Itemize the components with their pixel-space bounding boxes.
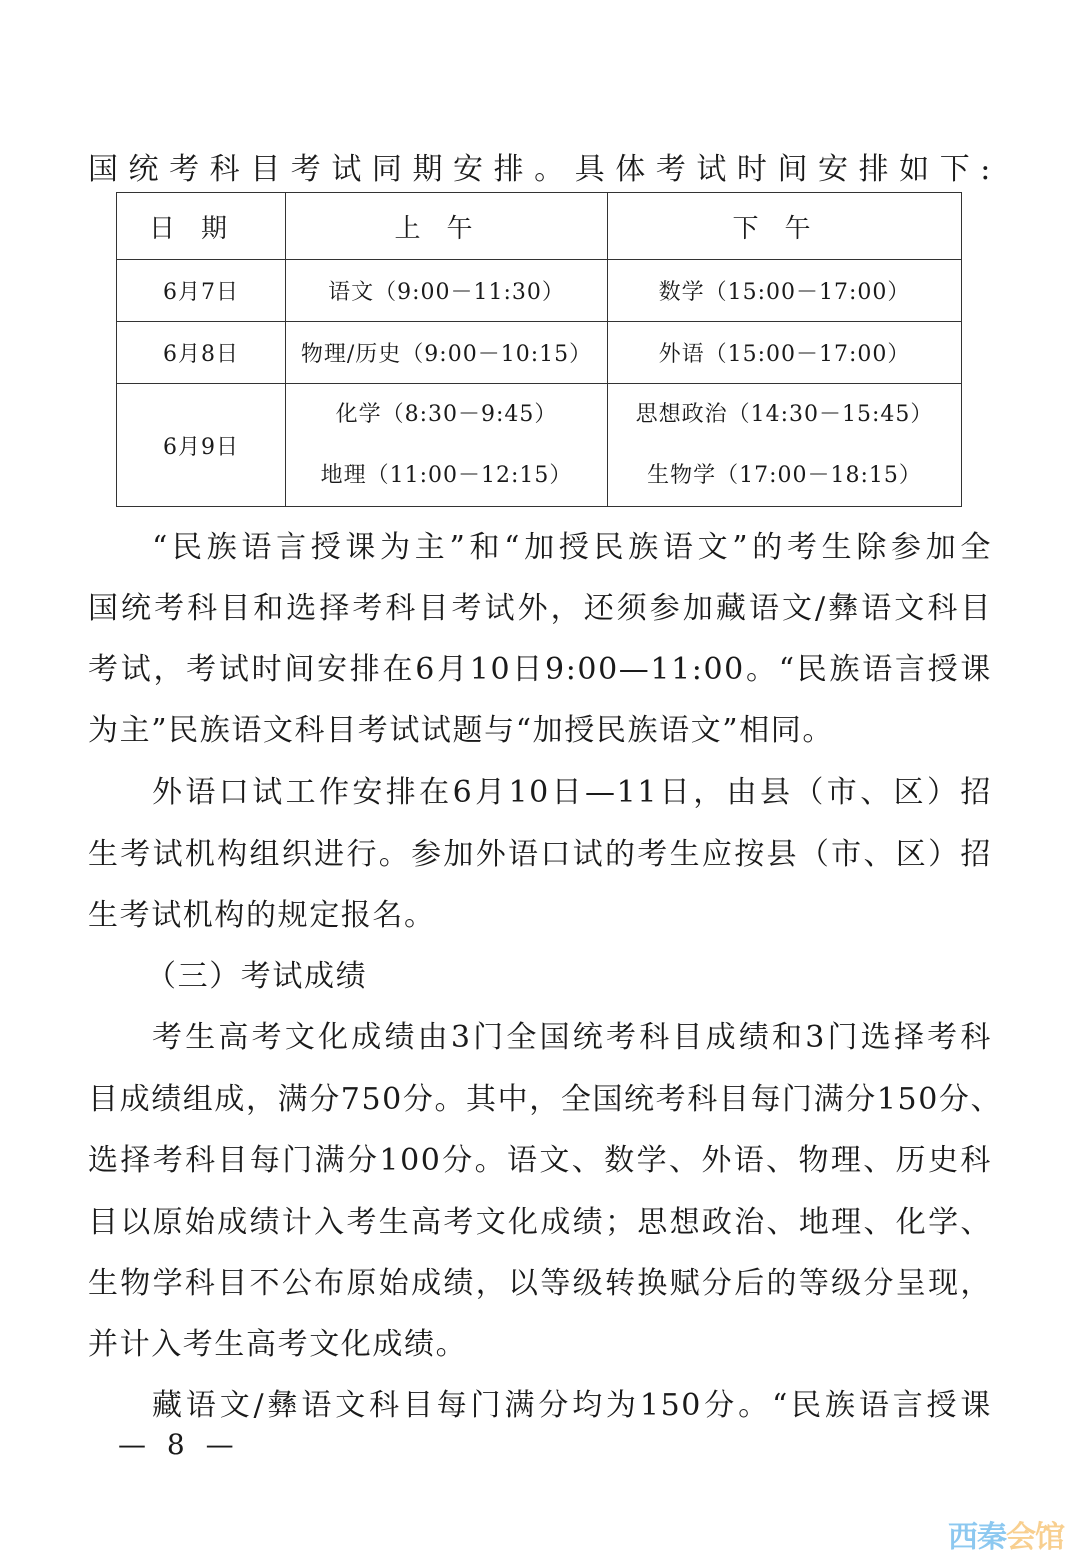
date-cell: 6月8日	[117, 322, 286, 384]
paragraph-line: “民族语言授课为主”和“加授民族语文”的考生除参加全	[152, 528, 992, 568]
morning-exam-1: 化学（8:30－9:45）	[286, 384, 607, 445]
morning-cell: 物理/历史（9:00－10:15）	[286, 322, 608, 384]
watermark-part-2: 会馆	[1006, 1520, 1064, 1555]
paragraph-line: 并计入考生高考文化成绩。	[88, 1325, 992, 1365]
table-row: 6月8日 物理/历史（9:00－10:15） 外语（15:00－17:00）	[117, 322, 962, 384]
header-morning: 上午	[286, 193, 608, 260]
paragraph-line: 目成绩组成，满分750分。其中，全国统考科目每门满分150分、	[88, 1080, 992, 1120]
paragraph-line: 生考试机构组织进行。参加外语口试的考生应按县（市、区）招	[88, 835, 992, 875]
date-cell: 6月7日	[117, 260, 286, 322]
afternoon-cell: 思想政治（14:30－15:45） 生物学（17:00－18:15）	[608, 384, 962, 507]
watermark-logo: 西秦会馆	[948, 1512, 1064, 1556]
paragraph-line: 选择考科目每门满分100分。语文、数学、外语、物理、历史科	[88, 1141, 992, 1181]
page-number: — 8 —	[118, 1428, 240, 1461]
date-cell: 6月9日	[117, 384, 286, 507]
paragraph-line: 生物学科目不公布原始成绩，以等级转换赋分后的等级分呈现，	[88, 1264, 992, 1304]
afternoon-cell: 外语（15:00－17:00）	[608, 322, 962, 384]
table-row: 6月9日 化学（8:30－9:45） 地理（11:00－12:15） 思想政治（…	[117, 384, 962, 507]
paragraph-line: 藏语文/彝语文科目每门满分均为150分。“民族语言授课	[152, 1386, 992, 1426]
morning-cell: 语文（9:00－11:30）	[286, 260, 608, 322]
paragraph-line: 为主”民族语文科目考试试题与“加授民族语文”相同。	[88, 711, 992, 751]
paragraph-line: 生考试机构的规定报名。	[88, 896, 992, 936]
paragraph-line: 目以原始成绩计入考生高考文化成绩；思想政治、地理、化学、	[88, 1203, 992, 1243]
intro-line: 国统考科目考试同期安排。具体考试时间安排如下:	[88, 150, 992, 190]
header-date: 日期	[117, 193, 286, 260]
header-afternoon: 下午	[608, 193, 962, 260]
paragraph-line: 考生高考文化成绩由3门全国统考科目成绩和3门选择考科	[152, 1018, 992, 1058]
paragraph-line: 国统考科目和选择考科目考试外，还须参加藏语文/彝语文科目	[88, 589, 992, 629]
afternoon-cell: 数学（15:00－17:00）	[608, 260, 962, 322]
afternoon-exam-1: 思想政治（14:30－15:45）	[608, 384, 961, 445]
table-header-row: 日期 上午 下午	[117, 193, 962, 260]
exam-schedule-table: 日期 上午 下午 6月7日 语文（9:00－11:30） 数学（15:00－17…	[116, 192, 962, 507]
morning-cell: 化学（8:30－9:45） 地理（11:00－12:15）	[286, 384, 608, 507]
paragraph-line: 考试，考试时间安排在6月10日9:00—11:00。“民族语言授课	[88, 650, 992, 690]
paragraph-line: 外语口试工作安排在6月10日—11日，由县（市、区）招	[152, 773, 992, 813]
afternoon-exam-2: 生物学（17:00－18:15）	[608, 445, 961, 506]
watermark-part-1: 西秦	[948, 1520, 1006, 1555]
morning-exam-2: 地理（11:00－12:15）	[286, 445, 607, 506]
table-row: 6月7日 语文（9:00－11:30） 数学（15:00－17:00）	[117, 260, 962, 322]
section-heading: （三）考试成绩	[146, 957, 1050, 997]
